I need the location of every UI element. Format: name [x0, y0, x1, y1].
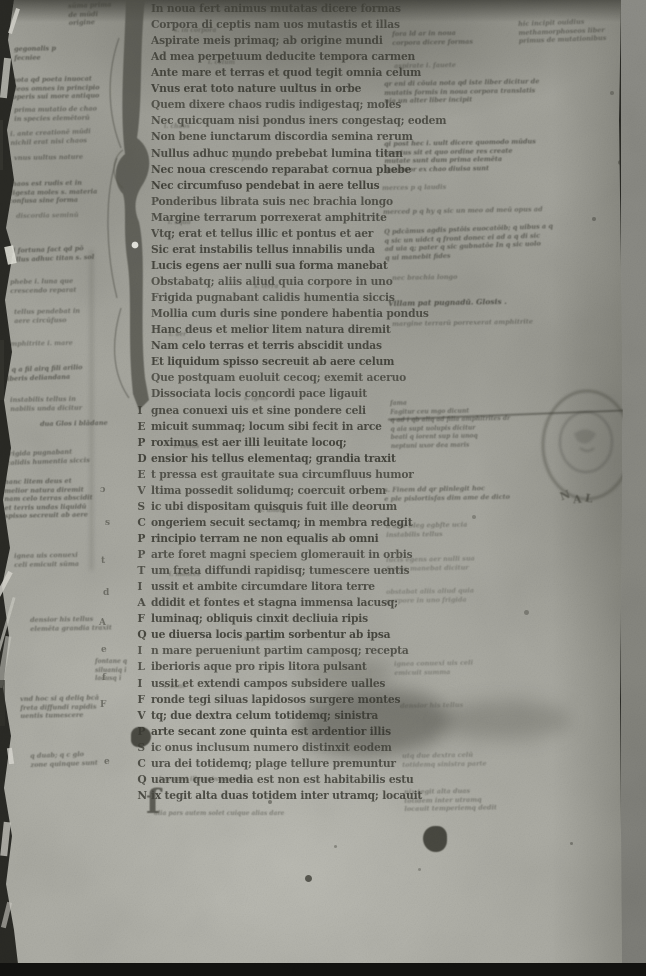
- tear-crevice: [0, 120, 3, 170]
- margin-note: Villam pat pugnadū. Glosis .: [388, 298, 507, 309]
- margin-note: margine terrarū porrexerat amphitrite: [392, 318, 533, 329]
- verse-line: Mollia cum duris sine pondere habentia p…: [151, 306, 429, 322]
- verse-line: Nam celo terras et terris abscidit undas: [151, 338, 382, 354]
- versal-initial: S: [137, 499, 145, 514]
- page-edge-strip: [621, 0, 646, 964]
- verse-line: Nec circumfuso pendebat in aere tellus: [151, 178, 380, 194]
- interlinear-gloss: s. unda: [259, 507, 283, 514]
- margin-note: chaos est rudis et indigesta moles s. ma…: [8, 178, 98, 205]
- versal-initial: E: [137, 419, 145, 434]
- verse-line: In noua fert animus mutatas dicere forma…: [151, 1, 401, 17]
- verse-line: Nullus adhuc mundo prebebat lumina titan: [151, 146, 403, 162]
- margin-note: i. ante creationē mūdinichil erat nisi c…: [10, 127, 91, 147]
- versal-initial: C: [137, 515, 145, 530]
- margin-note: sūma primade mūdiorigine: [68, 0, 112, 27]
- manuscript-photo: In noua fert animus mutatas dicere forma…: [0, 0, 646, 976]
- margin-letter: f: [102, 673, 106, 683]
- stain-speck: [472, 515, 476, 519]
- margin-note: Q pdcāmus agdis pstōis euocatōib; q uibu…: [384, 222, 554, 262]
- versal-initial: V: [137, 483, 145, 498]
- margin-note: amphitrite i. mare: [6, 339, 73, 349]
- margin-note: merced p q hy q sic un meo ad meū opus a…: [383, 205, 543, 216]
- stain-speck: [268, 800, 272, 804]
- margin-letter: e: [104, 757, 110, 767]
- verse-line: Vtq; erat et tellus illic et pontus et a…: [151, 226, 373, 242]
- tear-highlight: [0, 58, 11, 99]
- stain-speck: [610, 91, 614, 95]
- margin-note: q duab; q c glozone quinque sunt: [30, 750, 98, 769]
- stain-speck: [524, 610, 529, 615]
- interlinear-gloss: s. in corpora: [174, 27, 216, 34]
- ink-smudge-faint: [300, 658, 392, 688]
- margin-letter: e: [101, 645, 107, 655]
- margin-letter: F: [100, 700, 106, 710]
- margin-note: dua Glos i blādane: [40, 419, 108, 429]
- page-crease: [90, 250, 93, 570]
- ink-blot: [423, 826, 447, 852]
- interlinear-gloss: alia pars autem solet cuique alias dare: [154, 810, 284, 817]
- verse-line: Vnus erat toto nature uultus in orbe: [151, 81, 361, 97]
- versal-initial: V: [137, 708, 145, 723]
- tall-initial-s: ſ: [146, 782, 161, 822]
- verse-line: Que postquam euoluit cecoq; exemit aceru…: [151, 370, 406, 386]
- versal-initial: T: [137, 563, 145, 578]
- versal-initial: I: [137, 676, 142, 691]
- interlinear-gloss: i. zone: [164, 683, 186, 690]
- interlinear-gloss: i. tellus: [174, 443, 199, 450]
- verse-line: Principio terram ne non equalis ab omni: [151, 531, 379, 547]
- verse-line: Densior his tellus elementaq; grandia tr…: [151, 451, 396, 467]
- verse-line: Hanc deus et melior litem natura diremit: [151, 322, 391, 338]
- versal-initial: C: [137, 756, 145, 771]
- verse-line: In mare perueniunt partim camposq; recep…: [151, 643, 409, 659]
- margin-note: fora ld ar in nouacorpora dicere formas: [392, 29, 473, 47]
- margin-note: merces p q laudis: [382, 183, 446, 193]
- margin-note: q i fortuna fact qd pōnullus adhuc titan…: [6, 244, 94, 264]
- margin-note: nota qd poeta inuocatdeos omnes in princ…: [12, 74, 100, 101]
- versal-initial: I: [137, 403, 142, 418]
- ink-smudge-faint: [440, 700, 572, 740]
- interlinear-gloss: s. phebe: [234, 155, 262, 162]
- verse-line: Aspirate meis primaq; ab origine mundi: [151, 33, 383, 49]
- verse-line: Sic erat instabilis tellus innabilis und…: [151, 242, 375, 258]
- verse-line: Lucis egens aer nulli sua forma manebat: [151, 258, 388, 274]
- margin-note: s. Finem dd qr plinlegit hoce ple pislor…: [384, 484, 510, 503]
- margin-note: C q a fil airq fili arilioliberis delian…: [4, 363, 83, 383]
- margin-note: lucis egens aer nulli suaforma manebat d…: [386, 554, 475, 573]
- ink-blot: [131, 727, 151, 747]
- margin-letter: d: [103, 588, 109, 598]
- interlinear-gloss: i. aer: [169, 331, 186, 338]
- margin-note: phebe i. luna quecrescendo reparat: [10, 277, 76, 295]
- interlinear-gloss: i. chaos: [164, 123, 190, 130]
- margin-note: obstabat aliis aliud quiacorpore in uno …: [386, 586, 474, 605]
- margin-note: hanc litem deus etmelior natura diremitn…: [4, 476, 93, 520]
- verse-line: Cura dei totidemq; plage tellure premunt…: [151, 756, 396, 772]
- margin-note: gegonalis pfecniee: [14, 44, 56, 62]
- verse-line: Nec quicquam nisi pondus iners congestaq…: [151, 113, 446, 129]
- margin-letter: A: [99, 618, 106, 628]
- versal-initial: L: [137, 659, 144, 674]
- margin-letter: ɔ: [100, 485, 105, 495]
- margin-note: prima mutatio de chaoin species elemētor…: [14, 105, 97, 123]
- margin-note: famaFagitur ceu mgo dicuntq ad i qb aliq…: [390, 398, 511, 451]
- verse-line: Ad mea perpetuum deducite tempora carmen: [151, 49, 415, 65]
- verse-line: Frigida pugnabant calidis humentia sicci…: [151, 290, 395, 306]
- verse-line: Iussit et ambite circumdare litora terre: [151, 579, 375, 595]
- margin-note: utq due dextra celūtotidemq sinistra par…: [402, 751, 487, 769]
- tear-highlight: [1, 902, 12, 928]
- verse-line: Quem dixere chaos rudis indigestaq; mole…: [151, 97, 401, 113]
- interlinear-gloss: s. flumina: [244, 635, 277, 642]
- margin-note: nec brachia longo: [392, 273, 457, 283]
- interlinear-gloss: s. terra: [254, 283, 278, 290]
- margin-note: qi post hec i. uult dicere quomodo mūdus…: [384, 137, 536, 174]
- margin-note: aspirate i. fauete: [394, 61, 456, 71]
- margin-note: nix tegit alta duastotidem inter utramql…: [404, 786, 497, 813]
- verse-line: Ante mare et terras et quod tegit omnia …: [151, 65, 421, 81]
- versal-initial: P: [137, 531, 145, 546]
- margin-note: qr eni di cōuia nota qd iste liber dicit…: [384, 77, 540, 105]
- stain-speck: [570, 842, 573, 845]
- verse-line: Parte foret magni speciem glomerauit in …: [151, 547, 412, 563]
- interlinear-gloss: s. ignis: [244, 395, 268, 402]
- verse-line: Emicuit summaq; locum sibi fecit in arce: [151, 419, 382, 435]
- tear-crevice: [0, 340, 4, 400]
- margin-note: discordia seminū: [16, 211, 79, 221]
- stain-speck: [592, 217, 596, 221]
- photo-bottom-band: [0, 963, 646, 976]
- margin-note: a alte bleg egbfte uciainstabilis tellus: [386, 521, 468, 539]
- versal-initial: A: [137, 595, 145, 610]
- verse-line: Ignea conuexi uis et sine pondere celi: [151, 403, 366, 419]
- margin-note: vnd hoc si q deliq bcāfreta diffundi rap…: [20, 694, 99, 721]
- versal-initial: I: [137, 643, 142, 658]
- verse-line: Addidit et fontes et stagna immensa lacu…: [151, 595, 398, 611]
- tear-crevice: [0, 680, 5, 726]
- versal-initial: P: [137, 435, 145, 450]
- margin-note: frigida pugnabantcalidis humentia siccis: [6, 447, 90, 467]
- margin-note: vnus uultus nature: [14, 153, 83, 163]
- margin-note: ignea uis conuexiceli emicuit sūma: [14, 551, 79, 569]
- margin-note: ignea conuexi uis celiemicuit summa: [394, 659, 473, 677]
- margin-letter: s: [105, 518, 110, 528]
- verse-line: Nec noua crescendo reparabat cornua pheb…: [151, 162, 411, 178]
- verse-line: Congeriem secuit sectamq; in membra rede…: [151, 515, 412, 531]
- verse-line: Vltima possedit solidumq; coercuit orbem: [151, 483, 386, 499]
- margin-note: hic incipit ouidiusmethamorphoseos liber…: [518, 17, 607, 46]
- versal-initial: F: [137, 611, 144, 626]
- verse-line: Ponderibus librata suis nec brachia long…: [151, 194, 393, 210]
- margin-note: tellus pendebat inaere circūfuso: [14, 307, 80, 325]
- verse-line: Non bene iunctarum discordia semina reru…: [151, 129, 413, 145]
- interlinear-gloss: i. montes: [169, 571, 200, 578]
- verse-line: Et pressa est grauitate sua circumfluus …: [151, 467, 414, 483]
- interlinear-gloss: i. aqua: [168, 219, 191, 226]
- interlinear-gloss: hee sunt ille quinque zone: [159, 776, 248, 783]
- versal-initial: D: [137, 451, 146, 466]
- margin-note: fontane qsiluaniq īlacusq ī: [95, 658, 127, 684]
- interlinear-gloss: i. celum: [208, 59, 235, 66]
- stain-speck: [418, 868, 421, 871]
- verse-line: Fluminaq; obliquis cinxit decliuia ripis: [151, 611, 368, 627]
- stamp-letter: A: [573, 493, 582, 507]
- verse-line: Nix tegit alta duas totidem inter utramq…: [151, 788, 422, 804]
- versal-initial: E: [137, 467, 145, 482]
- stain-speck: [305, 875, 312, 882]
- parchment-page: In noua fert animus mutatas dicere forma…: [2, 0, 622, 964]
- tear-highlight: [0, 822, 11, 857]
- versal-initial: P: [137, 547, 145, 562]
- margin-letter: t: [101, 556, 105, 566]
- verse-line: Et liquidum spisso secreuit ab aere celu…: [151, 354, 394, 370]
- versal-initial: F: [137, 692, 144, 707]
- margin-note: instabilis tellus innabilis unda dicitur: [10, 395, 82, 413]
- versal-initial: I: [137, 579, 142, 594]
- white-speck: [132, 242, 139, 249]
- stain-speck: [334, 845, 337, 848]
- versal-initial: Q: [137, 627, 146, 642]
